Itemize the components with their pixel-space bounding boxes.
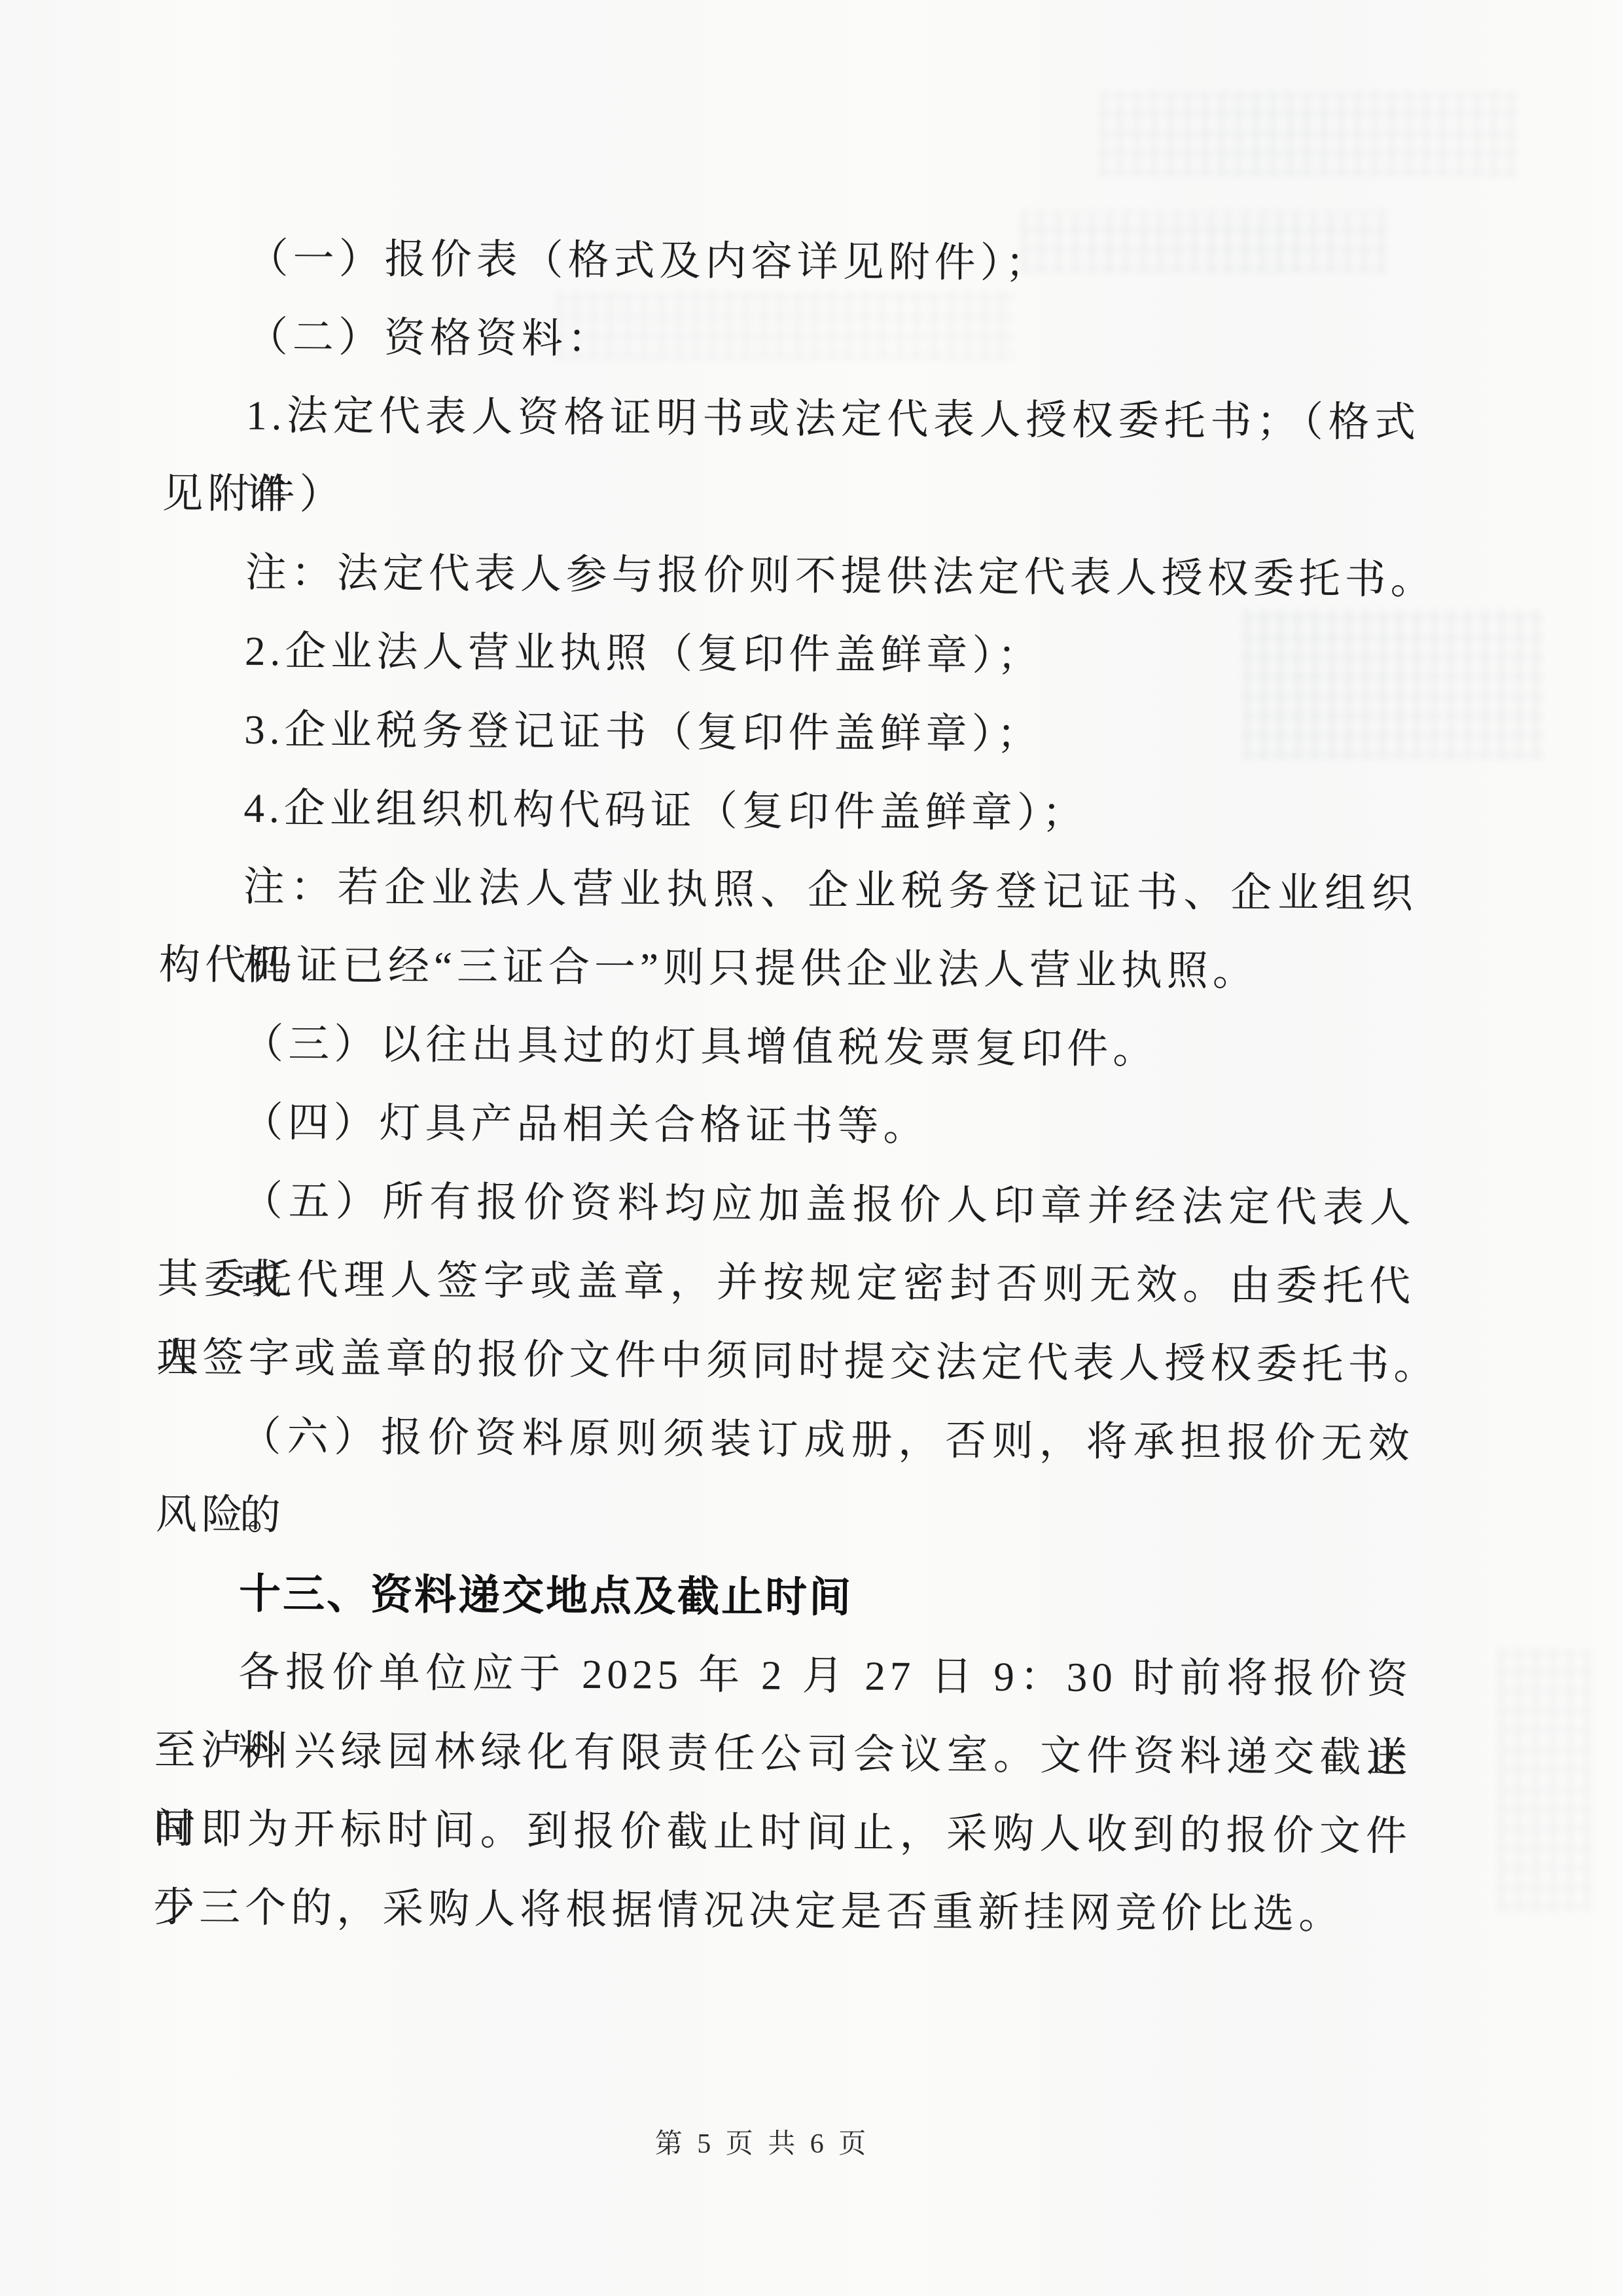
text-line: 人签字或盖章的报价文件中须同时提交法定代表人授权委托书。 bbox=[156, 1318, 1415, 1405]
text-line: 各报价单位应于 2025 年 2 月 27 日 9：30 时前将报价资料送 bbox=[154, 1632, 1413, 1719]
text-line: 4.企业组织机构代码证（复印件盖鲜章）； bbox=[160, 768, 1418, 855]
text-line: 注：法定代表人参与报价则不提供法定代表人授权委托书。 bbox=[161, 533, 1419, 619]
text-line: 其委托代理人签字或盖章，并按规定密封否则无效。由委托代理 bbox=[157, 1240, 1416, 1326]
text-line: （一）报价表（格式及内容详见附件）； bbox=[163, 219, 1421, 305]
text-line: （六）报价资料原则须装订成册，否则，将承担报价无效的 bbox=[156, 1397, 1414, 1483]
page-number: 第 5 页 共 6 页 bbox=[655, 2122, 870, 2161]
text-line: 风险。 bbox=[156, 1475, 1414, 1562]
text-line: （四）灯具产品相关合格证书等。 bbox=[158, 1083, 1416, 1169]
text-line: 构代码证已经“三证合一”则只提供企业法人营业执照。 bbox=[159, 925, 1418, 1012]
text-line: 2.企业法人营业执照（复印件盖鲜章）； bbox=[161, 611, 1419, 698]
text-line: 见附件） bbox=[162, 454, 1420, 541]
text-line: 至泸州兴绿园林绿化有限责任公司会议室。文件资料递交截止时 bbox=[154, 1711, 1412, 1797]
document-body: （一）报价表（格式及内容详见附件）； （二）资格资料： 1.法定代表人资格证明书… bbox=[153, 219, 1421, 1954]
text-line: 间即为开标时间。到报价截止时间止，采购人收到的报价文件少 bbox=[154, 1789, 1412, 1876]
bleedthrough-artifact bbox=[1099, 92, 1518, 177]
text-line: 注：若企业法人营业执照、企业税务登记证书、企业组织机 bbox=[159, 847, 1418, 933]
text-line: （三）以往出具过的灯具增值税发票复印件。 bbox=[158, 1004, 1417, 1090]
text-line: 3.企业税务登记证书（复印件盖鲜章）； bbox=[160, 690, 1419, 776]
text-line: 1.法定代表人资格证明书或法定代表人授权委托书；（格式详 bbox=[162, 376, 1421, 462]
scanned-document-page: （一）报价表（格式及内容详见附件）； （二）资格资料： 1.法定代表人资格证明书… bbox=[0, 0, 1623, 2296]
text-line: （五）所有报价资料均应加盖报价人印章并经法定代表人或 bbox=[157, 1161, 1416, 1247]
text-line: （二）资格资料： bbox=[163, 297, 1421, 384]
section-heading-13: 十三、资料递交地点及截止时间 bbox=[155, 1554, 1414, 1640]
text-line: 于三个的，采购人将根据情况决定是否重新挂网竞价比选。 bbox=[153, 1868, 1412, 1954]
bleedthrough-artifact bbox=[1499, 1649, 1590, 1911]
